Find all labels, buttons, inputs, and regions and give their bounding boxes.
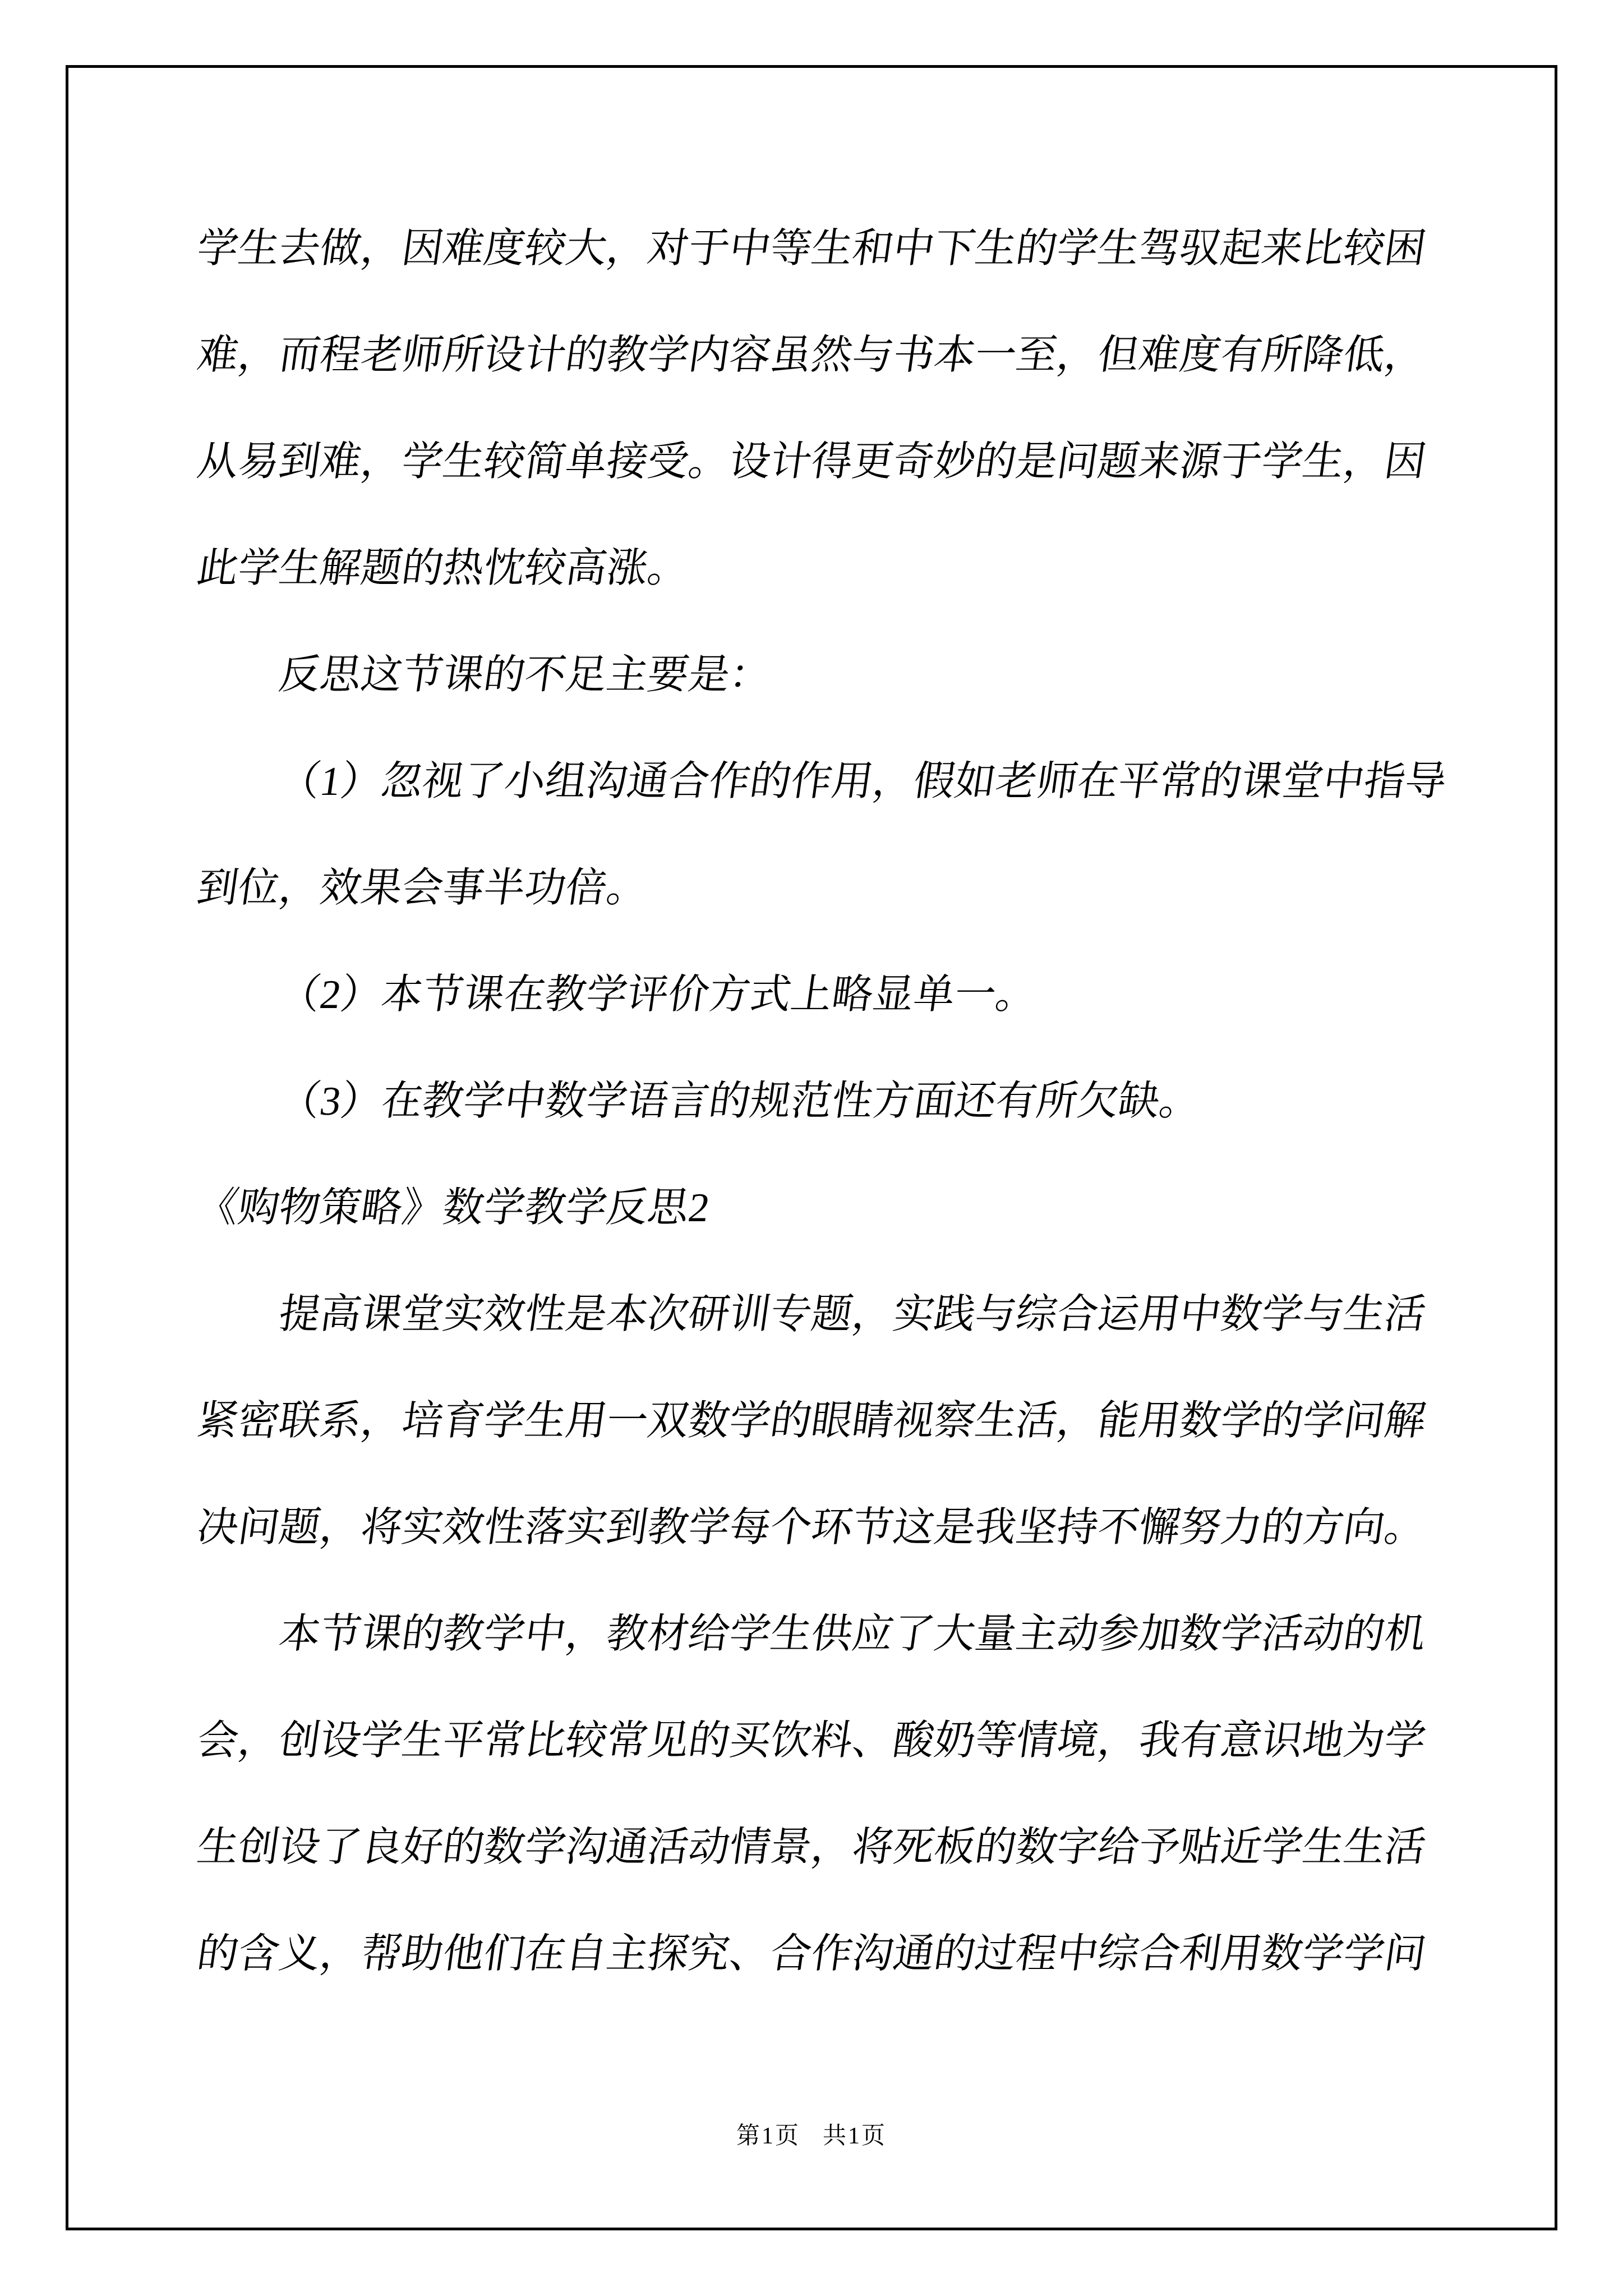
text-line: 生创设了良好的数学沟通活动情景，将死板的数字给予贴近学生生活 — [190, 1794, 1473, 1901]
text-line: 难，而程老师所设计的教学内容虽然与书本一至，但难度有所降低， — [190, 302, 1473, 408]
page-number-label: 第1页 — [736, 2123, 800, 2149]
text-line: 到位，效果会事半功倍。 — [190, 835, 1473, 941]
text-line: 反思这节课的不足主要是： — [190, 622, 1473, 728]
document-body: 学生去做，因难度较大，对于中等生和中下生的学生驾驭起来比较困 难，而程老师所设计… — [197, 195, 1465, 2007]
document-page: 学生去做，因难度较大，对于中等生和中下生的学生驾驭起来比较困 难，而程老师所设计… — [0, 0, 1623, 2296]
text-line: 的含义，帮助他们在自主探究、合作沟通的过程中综合利用数学学问 — [190, 1901, 1473, 2007]
text-line: 紧密联系，培育学生用一双数学的眼睛视察生活，能用数学的学问解 — [190, 1368, 1473, 1474]
text-line: 提高课堂实效性是本次研训专题，实践与综合运用中数学与生活 — [190, 1261, 1473, 1368]
section-title-line: 《购物策略》数学教学反思2 — [190, 1154, 1473, 1261]
text-line: 从易到难，学生较简单接受。设计得更奇妙的是问题来源于学生，因 — [190, 408, 1473, 515]
text-line: 学生去做，因难度较大，对于中等生和中下生的学生驾驭起来比较困 — [190, 195, 1473, 302]
text-line: （1）忽视了小组沟通合作的作用，假如老师在平常的课堂中指导 — [190, 728, 1473, 835]
text-line: 本节课的教学中，教材给学生供应了大量主动参加数学活动的机 — [190, 1581, 1473, 1687]
text-line: 此学生解题的热忱较高涨。 — [190, 515, 1473, 622]
text-line: （2）本节课在教学评价方式上略显单一。 — [190, 941, 1473, 1048]
text-line: 决问题，将实效性落实到教学每个环节这是我坚持不懈努力的方向。 — [190, 1474, 1473, 1581]
text-line: （3）在教学中数学语言的规范性方面还有所欠缺。 — [190, 1048, 1473, 1154]
page-footer: 第1页共1页 — [0, 2119, 1623, 2153]
page-total-label: 共1页 — [823, 2123, 887, 2149]
text-line: 会，创设学生平常比较常见的买饮料、酸奶等情境，我有意识地为学 — [190, 1687, 1473, 1794]
